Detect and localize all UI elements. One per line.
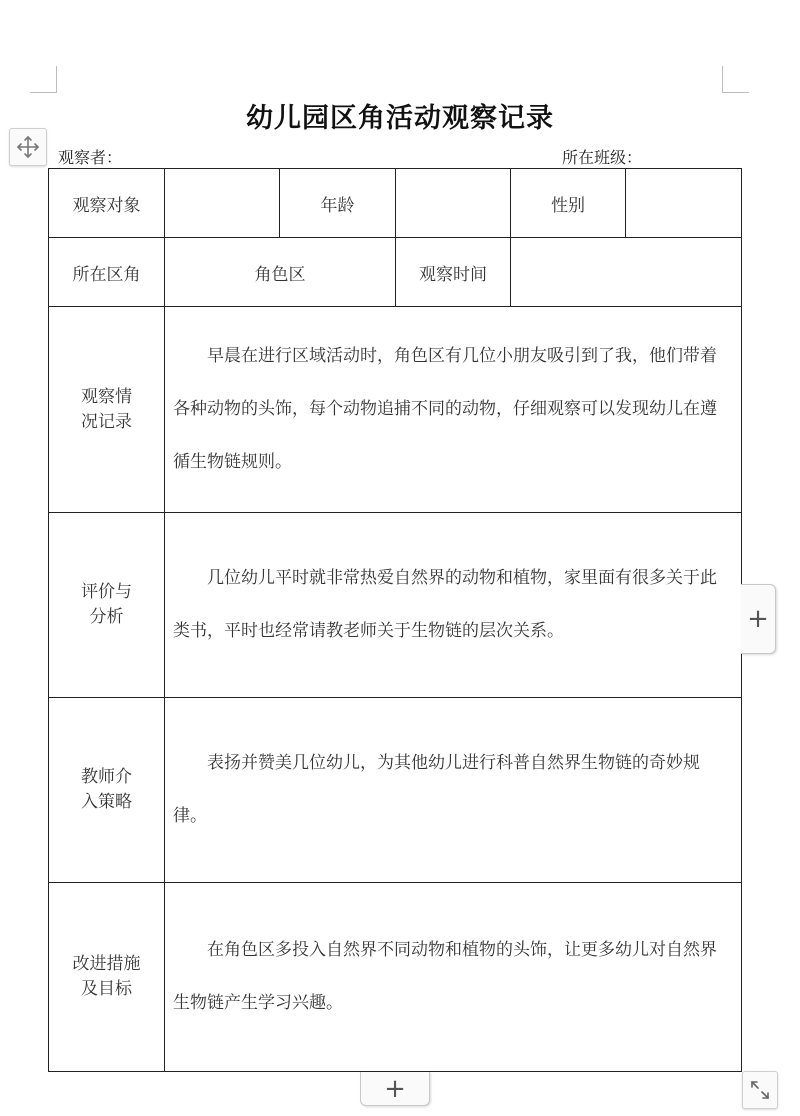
evaluation-analysis-content[interactable]: 几位幼儿平时就非常热爱自然界的动物和植物，家里面有很多关于此类书，平时也经常请教…	[165, 513, 742, 698]
section-label-line: 分析	[49, 605, 164, 630]
table-resize-handle[interactable]	[742, 1071, 778, 1109]
table-row: 所在区角 角色区 观察时间	[49, 238, 742, 307]
area-value-cell[interactable]: 角色区	[165, 238, 396, 307]
section-label-line: 改进措施	[49, 952, 164, 977]
subject-label-cell: 观察对象	[49, 169, 165, 238]
section-label-line: 入策略	[49, 790, 164, 815]
move-icon	[15, 134, 41, 160]
table-row: 观察对象 年龄 性别	[49, 169, 742, 238]
area-label-cell: 所在区角	[49, 238, 165, 307]
section-label-line: 评价与	[49, 580, 164, 605]
age-label-cell: 年龄	[280, 169, 396, 238]
plus-icon: +	[384, 1074, 406, 1104]
resize-icon	[748, 1078, 772, 1102]
table-row: 改进措施 及目标 在角色区多投入自然界不同动物和植物的头饰，让更多幼儿对自然界生…	[49, 883, 742, 1072]
section-label-line: 况记录	[49, 410, 164, 435]
subject-value-cell[interactable]	[165, 169, 280, 238]
page-corner-marker-top-left	[30, 66, 57, 93]
teacher-strategy-content[interactable]: 表扬并赞美几位幼儿，为其他幼儿进行科普自然界生物链的奇妙规律。	[165, 698, 742, 883]
observer-label: 观察者：	[58, 145, 122, 168]
section-label-cell: 改进措施 及目标	[49, 883, 165, 1072]
time-value-cell[interactable]	[511, 238, 742, 307]
age-value-cell[interactable]	[396, 169, 511, 238]
gender-value-cell[interactable]	[626, 169, 742, 238]
table-row: 观察情 况记录 早晨在进行区域活动时，角色区有几位小朋友吸引到了我，他们带着各种…	[49, 307, 742, 513]
table-row: 评价与 分析 几位幼儿平时就非常热爱自然界的动物和植物，家里面有很多关于此类书，…	[49, 513, 742, 698]
table-row: 教师介 入策略 表扬并赞美几位幼儿，为其他幼儿进行科普自然界生物链的奇妙规律。	[49, 698, 742, 883]
time-label-cell: 观察时间	[396, 238, 511, 307]
plus-icon: +	[747, 604, 769, 634]
add-column-button[interactable]: +	[741, 584, 776, 654]
gender-label-cell: 性别	[511, 169, 626, 238]
class-label: 所在班级：	[562, 145, 642, 168]
section-label-cell: 评价与 分析	[49, 513, 165, 698]
improvement-goals-content[interactable]: 在角色区多投入自然界不同动物和植物的头饰，让更多幼儿对自然界生物链产生学习兴趣。	[165, 883, 742, 1072]
document-title: 幼儿园区角活动观察记录	[0, 96, 800, 135]
observation-table: 观察对象 年龄 性别 所在区角 角色区 观察时间 观察情 况记录 早晨在进行区域…	[48, 168, 742, 1072]
section-label-line: 及目标	[49, 977, 164, 1002]
section-label-cell: 观察情 况记录	[49, 307, 165, 513]
section-label-cell: 教师介 入策略	[49, 698, 165, 883]
observation-record-content[interactable]: 早晨在进行区域活动时，角色区有几位小朋友吸引到了我，他们带着各种动物的头饰，每个…	[165, 307, 742, 513]
add-row-button[interactable]: +	[360, 1072, 430, 1106]
section-label-line: 观察情	[49, 385, 164, 410]
table-move-handle[interactable]	[9, 128, 47, 166]
page-corner-marker-top-right	[722, 66, 749, 93]
section-label-line: 教师介	[49, 765, 164, 790]
